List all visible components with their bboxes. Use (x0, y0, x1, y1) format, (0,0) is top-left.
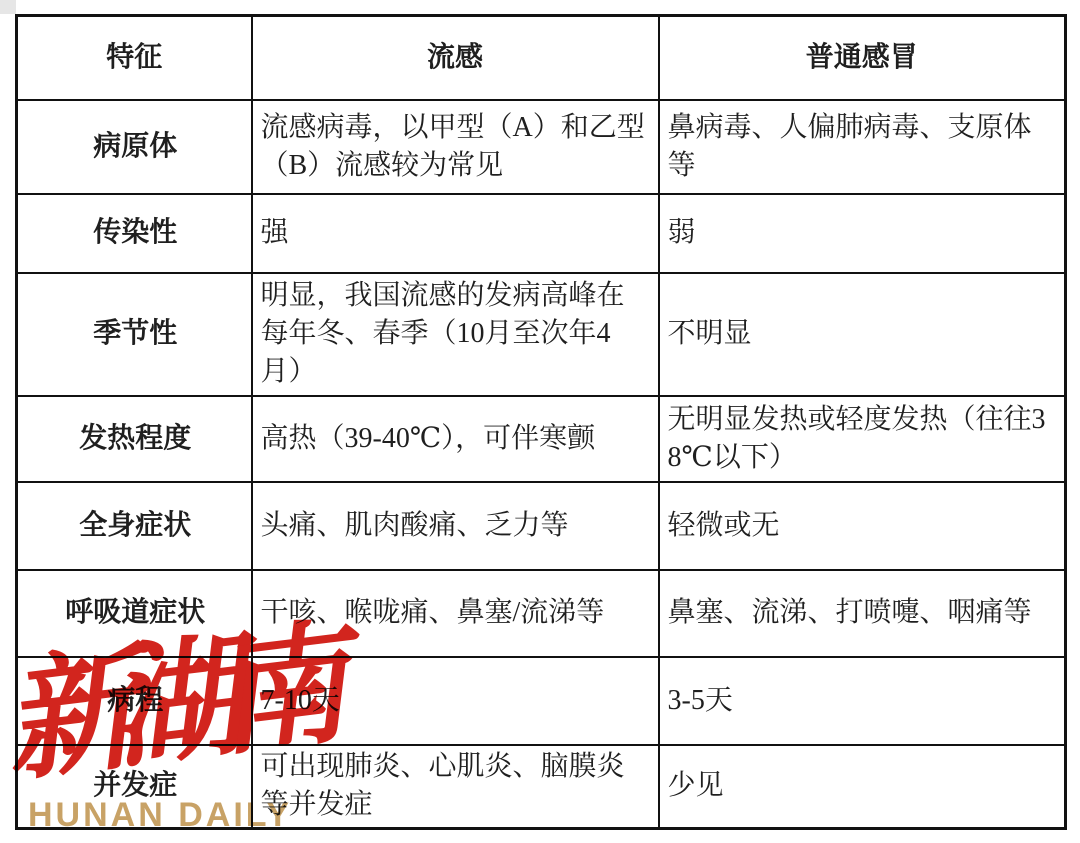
cell-infectivity-label: 传染性 (17, 194, 252, 273)
table-row-systemic-symptoms: 全身症状 头痛、肌肉酸痛、乏力等 轻微或无 (17, 482, 1066, 570)
cell-seasonality-label: 季节性 (17, 273, 252, 396)
cell-systemic-flu: 头痛、肌肉酸痛、乏力等 (252, 482, 659, 570)
cell-pathogen-label: 病原体 (17, 100, 252, 194)
cell-pathogen-flu: 流感病毒，以甲型（A）和乙型（B）流感较为常见 (252, 100, 659, 194)
cell-complications-label: 并发症 (17, 745, 252, 829)
flu-vs-cold-comparison-page: 特征 流感 普通感冒 病原体 流感病毒，以甲型（A）和乙型（B）流感较为常见 鼻… (0, 0, 1080, 843)
table-header-row: 特征 流感 普通感冒 (17, 16, 1066, 100)
table-row-pathogen: 病原体 流感病毒，以甲型（A）和乙型（B）流感较为常见 鼻病毒、人偏肺病毒、支原… (17, 100, 1066, 194)
cell-respiratory-cold: 鼻塞、流涕、打喷嚏、咽痛等 (659, 570, 1066, 657)
cell-course-cold: 3-5天 (659, 657, 1066, 745)
flu-vs-cold-table: 特征 流感 普通感冒 病原体 流感病毒，以甲型（A）和乙型（B）流感较为常见 鼻… (15, 14, 1067, 830)
cell-course-label: 病程 (17, 657, 252, 745)
cell-systemic-cold: 轻微或无 (659, 482, 1066, 570)
table-row-course: 病程 7-10天 3-5天 (17, 657, 1066, 745)
table-row-infectivity: 传染性 强 弱 (17, 194, 1066, 273)
table-row-fever: 发热程度 高热（39-40℃），可伴寒颤 无明显发热或轻度发热（往往38℃以下） (17, 396, 1066, 482)
header-common-cold: 普通感冒 (659, 16, 1066, 100)
table-row-respiratory-symptoms: 呼吸道症状 干咳、喉咙痛、鼻塞/流涕等 鼻塞、流涕、打喷嚏、咽痛等 (17, 570, 1066, 657)
header-feature: 特征 (17, 16, 252, 100)
cell-seasonality-cold: 不明显 (659, 273, 1066, 396)
cell-infectivity-flu: 强 (252, 194, 659, 273)
header-flu: 流感 (252, 16, 659, 100)
cell-fever-cold: 无明显发热或轻度发热（往往38℃以下） (659, 396, 1066, 482)
cell-fever-label: 发热程度 (17, 396, 252, 482)
scan-corner-artifact (0, 0, 16, 14)
table-row-seasonality: 季节性 明显，我国流感的发病高峰在每年冬、春季（10月至次年4月） 不明显 (17, 273, 1066, 396)
cell-fever-flu: 高热（39-40℃），可伴寒颤 (252, 396, 659, 482)
cell-complications-flu: 可出现肺炎、心肌炎、脑膜炎等并发症 (252, 745, 659, 829)
cell-systemic-label: 全身症状 (17, 482, 252, 570)
cell-pathogen-cold: 鼻病毒、人偏肺病毒、支原体等 (659, 100, 1066, 194)
cell-complications-cold: 少见 (659, 745, 1066, 829)
cell-course-flu: 7-10天 (252, 657, 659, 745)
cell-infectivity-cold: 弱 (659, 194, 1066, 273)
table-row-complications: 并发症 可出现肺炎、心肌炎、脑膜炎等并发症 少见 (17, 745, 1066, 829)
cell-seasonality-flu: 明显，我国流感的发病高峰在每年冬、春季（10月至次年4月） (252, 273, 659, 396)
cell-respiratory-label: 呼吸道症状 (17, 570, 252, 657)
cell-respiratory-flu: 干咳、喉咙痛、鼻塞/流涕等 (252, 570, 659, 657)
